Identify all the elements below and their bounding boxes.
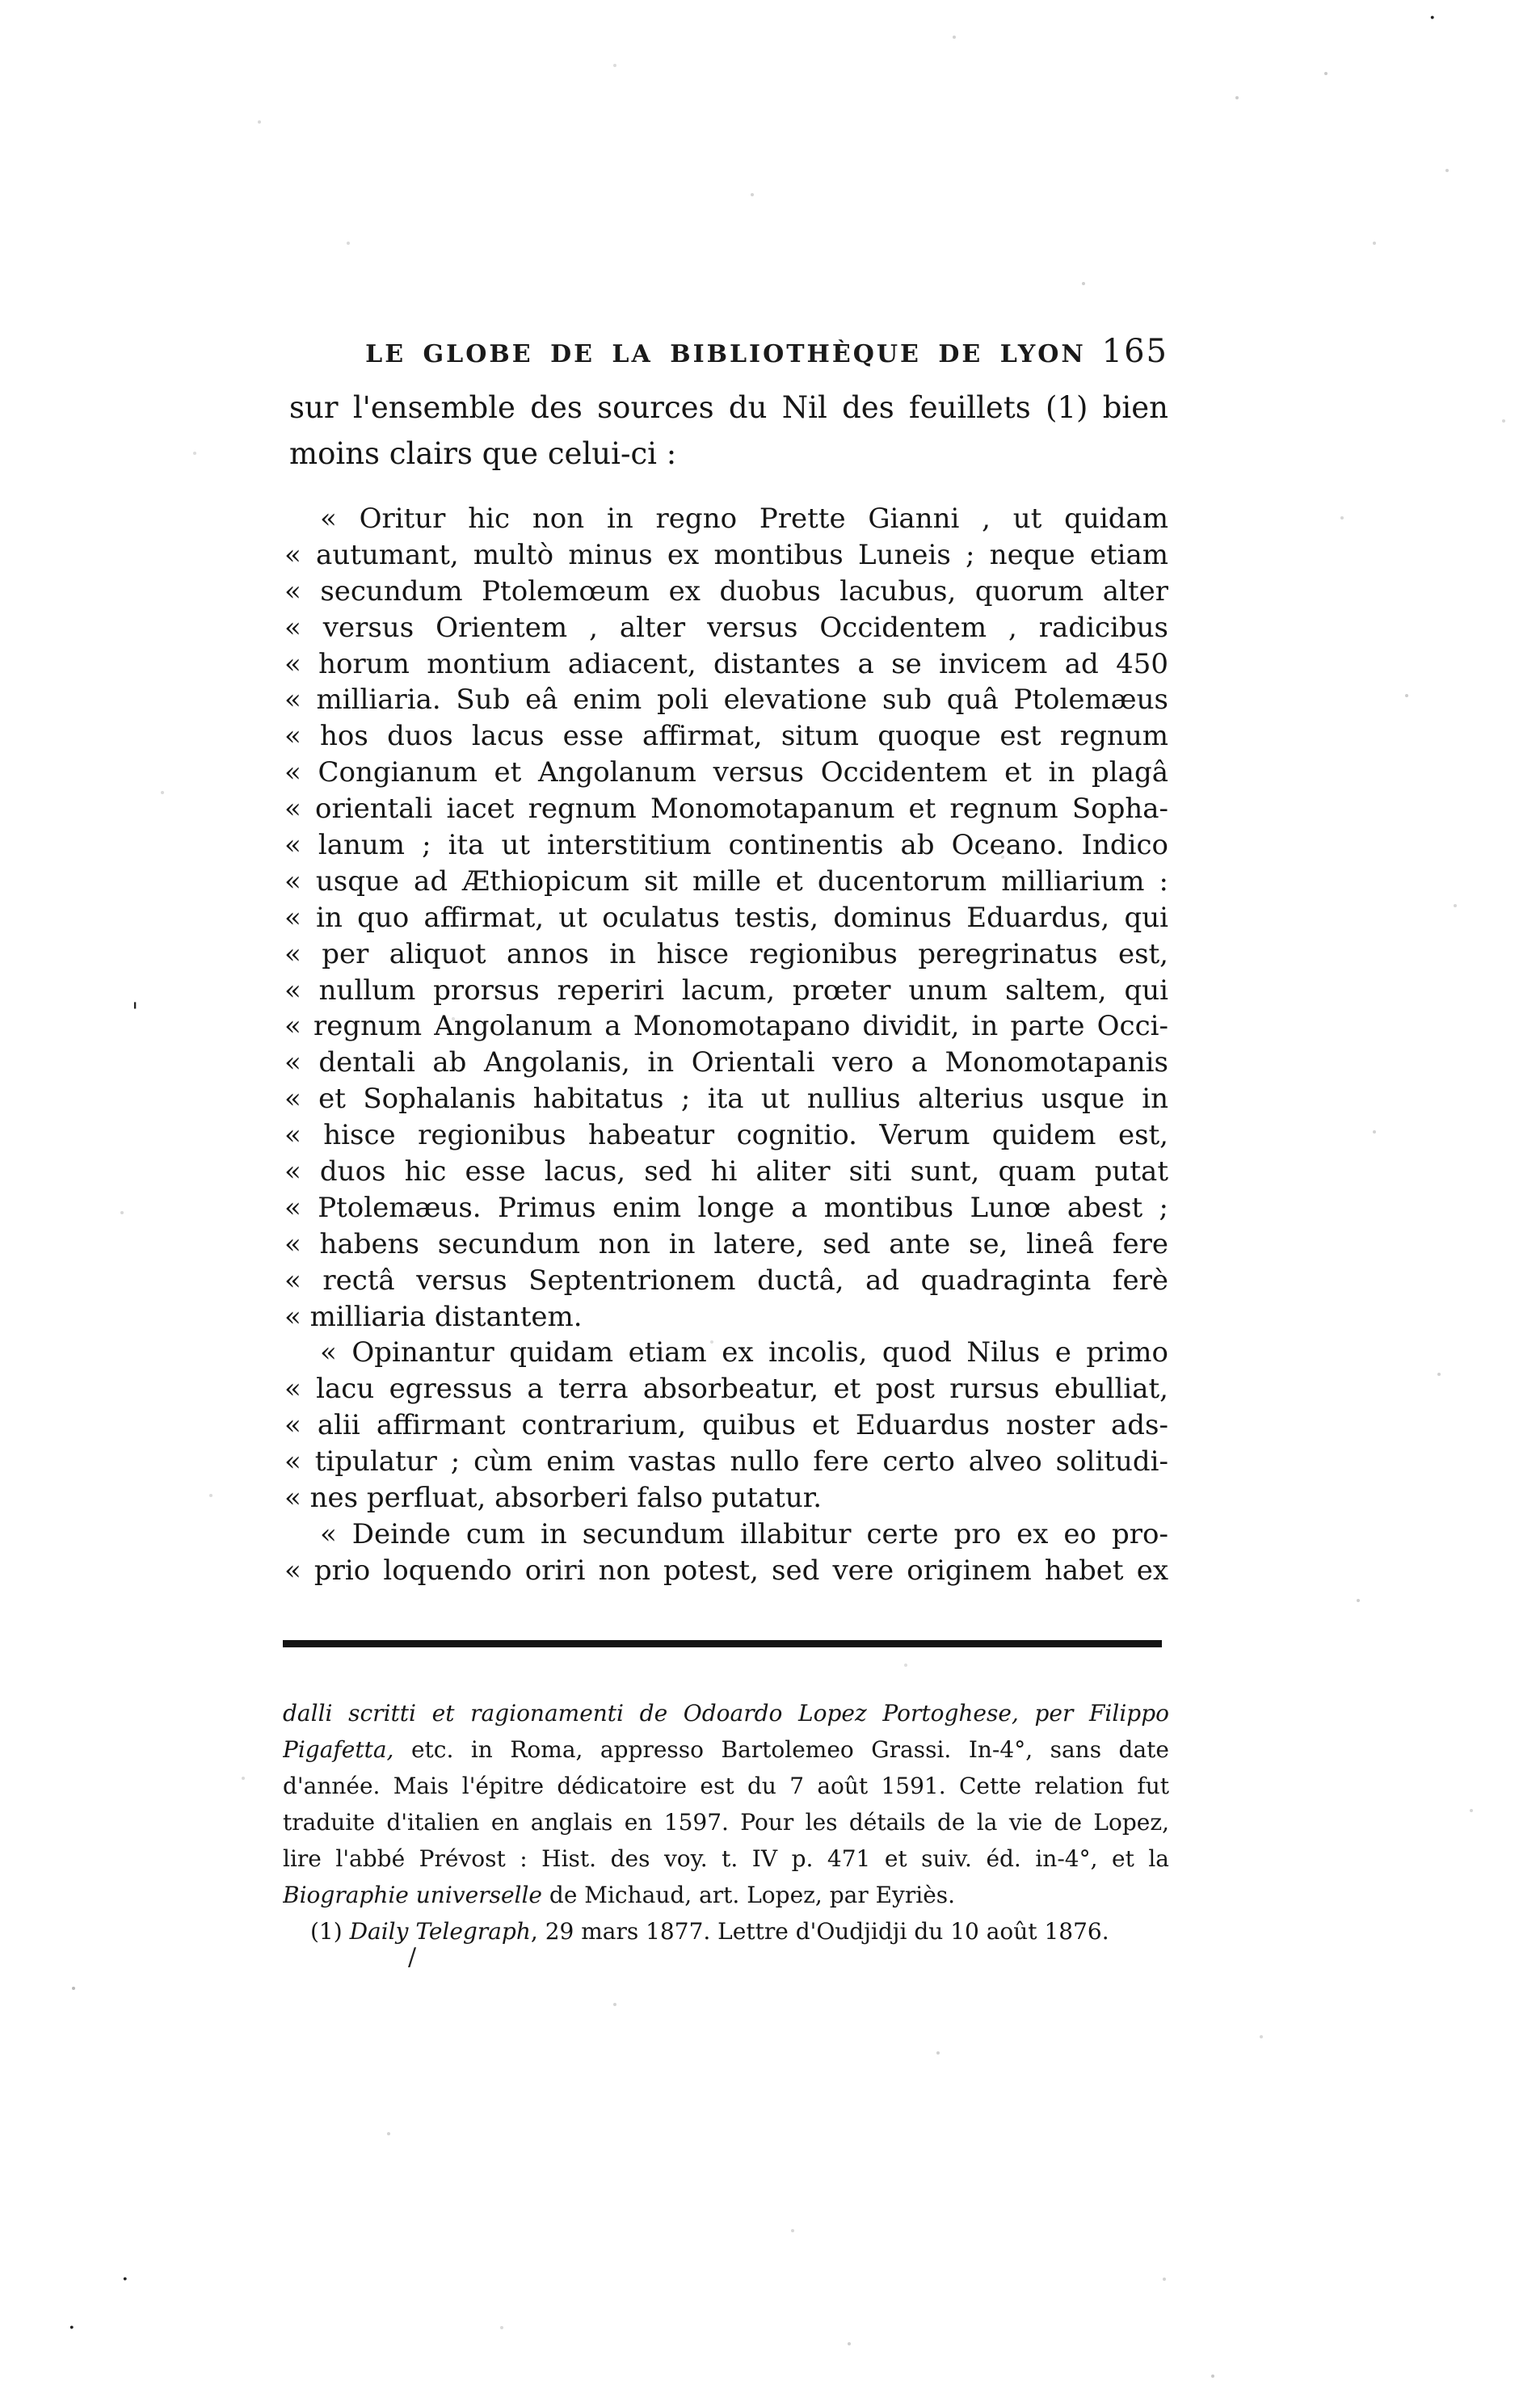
text-segment: de Michaud, art. Lopez, par Eyriès. [542, 1882, 955, 1908]
quote-line: « secundum Ptolemœum ex duobus lacubus, … [284, 574, 1168, 610]
running-header: LE GLOBE DE LA BIBLIOTHÈQUE DE LYON 165 [283, 338, 1168, 372]
quote-line: « hisce regionibus habeatur cognitio. Ve… [284, 1117, 1168, 1154]
quote-line: « alii affirmant contrarium, quibus et E… [284, 1407, 1168, 1444]
footnote-line: traduite d'italien en anglais en 1597. P… [283, 1804, 1169, 1840]
scanned-book-page: LE GLOBE DE LA BIBLIOTHÈQUE DE LYON 165 … [0, 0, 1540, 2385]
quote-line: « Oritur hic non in regno Prette Gianni … [284, 501, 1168, 537]
italic-text-segment: Daily Telegraph [350, 1918, 531, 1945]
quote-line: « prio loquendo oriri non potest, sed ve… [284, 1553, 1168, 1589]
scan-artifact: / [408, 1945, 416, 1970]
quote-line: « Congianum et Angolanum versus Occident… [284, 755, 1168, 791]
quote-line: « nullum prorsus reperiri lacum, prœter … [284, 973, 1168, 1009]
text-segment: etc. in Roma, appresso Bartolemeo Grassi… [393, 1736, 1169, 1763]
footnote-line: lire l'abbé Prévost : Hist. des voy. t. … [283, 1840, 1169, 1877]
quote-line: « lacu egressus a terra absorbeatur, et … [284, 1371, 1168, 1407]
quote-line: « usque ad Æthiopicum sit mille et ducen… [284, 864, 1168, 900]
footnote-line: d'année. Mais l'épitre dédicatoire est d… [283, 1768, 1169, 1804]
scan-artifact: . [121, 2261, 129, 2285]
scan-noise [0, 0, 2, 2]
latin-quotation-block: « Oritur hic non in regno Prette Gianni … [284, 501, 1168, 1589]
quote-line: « hos duos lacus esse affirmat, situm qu… [284, 718, 1168, 755]
text-segment: lire l'abbé Prévost : Hist. des voy. t. … [283, 1845, 1169, 1872]
text-segment: , 29 mars 1877. Lettre d'Oudjidji du 10 … [531, 1918, 1109, 1945]
quote-line: « Ptolemæus. Primus enim longe a montibu… [284, 1190, 1168, 1226]
italic-text-segment: Biographie universelle [283, 1882, 542, 1908]
quote-line: « milliaria. Sub eâ enim poli elevatione… [284, 682, 1168, 718]
scan-artifact: . [68, 2309, 76, 2333]
quote-line: « Opinantur quidam etiam ex incolis, quo… [284, 1335, 1168, 1371]
scan-artifact: · [1428, 6, 1437, 31]
quote-line: « orientali iacet regnum Monomotapanum e… [284, 791, 1168, 827]
quote-line: « autumant, multò minus ex montibus Lune… [284, 537, 1168, 574]
quote-line: « in quo affirmat, ut oculatus testis, d… [284, 900, 1168, 936]
page-title: LE GLOBE DE LA BIBLIOTHÈQUE DE LYON [283, 338, 1168, 372]
quote-line: « duos hic esse lacus, sed hi aliter sit… [284, 1154, 1168, 1190]
footnote-divider [283, 1640, 1162, 1647]
scan-artifact: ' [132, 1000, 138, 1024]
page-number: 165 [1102, 334, 1168, 368]
quote-line: « regnum Angolanum a Monomotapano dividi… [284, 1008, 1168, 1045]
footnote-line: Pigafetta, etc. in Roma, appresso Bartol… [283, 1731, 1169, 1768]
intro-line: sur l'ensemble des sources du Nil des fe… [289, 385, 1168, 431]
text-segment: traduite d'italien en anglais en 1597. P… [283, 1809, 1169, 1836]
quote-line: « tipulatur ; cùm enim vastas nullo fere… [284, 1444, 1168, 1480]
text-segment: (1) [310, 1918, 350, 1945]
quote-line: « lanum ; ita ut interstitium continenti… [284, 827, 1168, 864]
quote-line: « milliaria distantem. [284, 1299, 1168, 1336]
intro-paragraph: sur l'ensemble des sources du Nil des fe… [289, 385, 1168, 477]
italic-text-segment: dalli scritti et ragionamenti de Odoardo… [283, 1700, 1169, 1727]
text-segment: d'année. Mais l'épitre dédicatoire est d… [283, 1773, 1169, 1799]
quote-line: « versus Orientem , alter versus Occiden… [284, 610, 1168, 646]
quote-line: « Deinde cum in secundum illabitur certe… [284, 1516, 1168, 1553]
footnote-line: dalli scritti et ragionamenti de Odoardo… [283, 1695, 1169, 1731]
footnote-line: Biographie universelle de Michaud, art. … [283, 1877, 1169, 1913]
footnote-block: dalli scritti et ragionamenti de Odoardo… [283, 1695, 1169, 1950]
quote-line: « horum montium adiacent, distantes a se… [284, 646, 1168, 683]
quote-line: « et Sophalanis habitatus ; ita ut nulli… [284, 1081, 1168, 1117]
quote-line: « habens secundum non in latere, sed ant… [284, 1226, 1168, 1263]
quote-line: « rectâ versus Septentrionem ductâ, ad q… [284, 1263, 1168, 1299]
italic-text-segment: Pigafetta, [283, 1736, 393, 1763]
quote-line: « per aliquot annos in hisce regionibus … [284, 936, 1168, 973]
quote-line: « dentali ab Angolanis, in Orientali ver… [284, 1045, 1168, 1081]
quote-line: « nes perfluat, absorberi falso putatur. [284, 1480, 1168, 1516]
intro-line: moins clairs que celui-ci : [289, 431, 1168, 477]
